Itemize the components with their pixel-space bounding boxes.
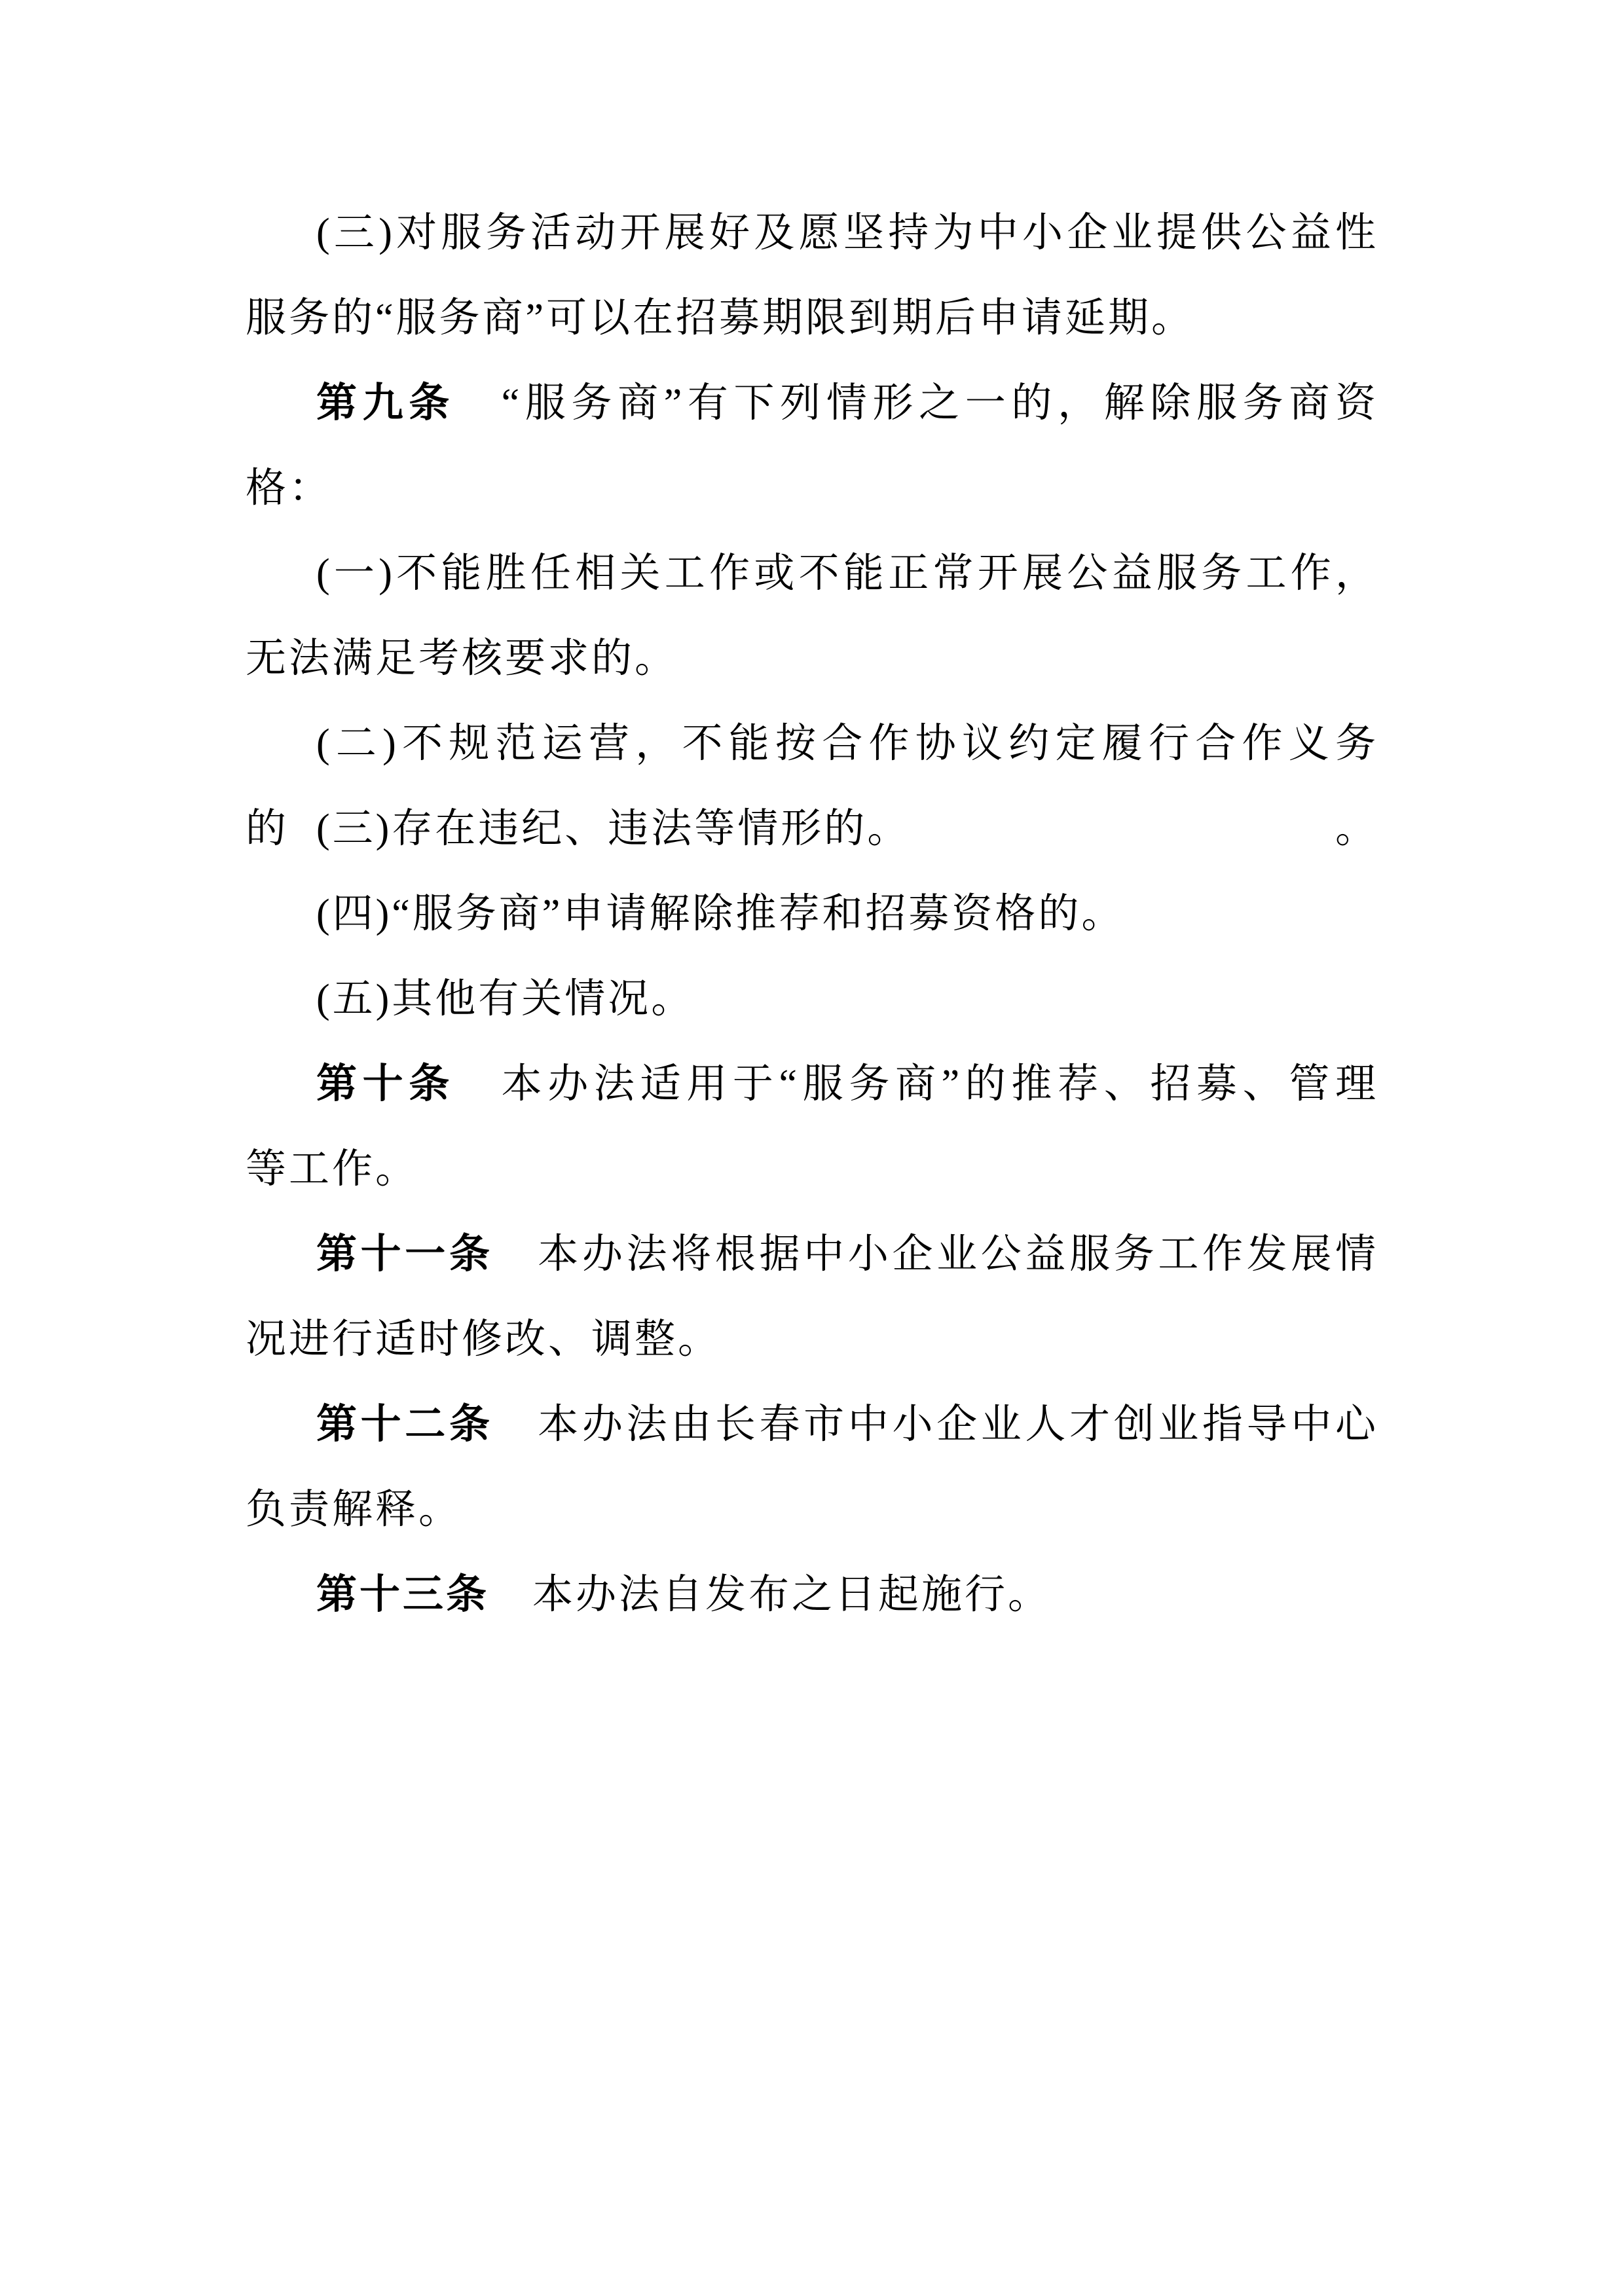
text-line: 第九条 “服务商”有下列情形之一的，解除服务商资 bbox=[246, 361, 1378, 446]
text-line: 况进行适时修改、调整。 bbox=[246, 1297, 1378, 1382]
article-number-label: 第十三条 bbox=[316, 1573, 489, 1617]
line-text: 本办法适用于“服务商”的推荐、招募、管理 bbox=[455, 1062, 1378, 1106]
line-text: 本办法将根据中小企业公益服务工作发展情 bbox=[494, 1232, 1378, 1277]
line-text: 等工作。 bbox=[246, 1147, 418, 1192]
line-text: 况进行适时修改、调整。 bbox=[246, 1317, 721, 1362]
text-line: (五)其他有关情况。 bbox=[246, 957, 1378, 1042]
text-line: 第十三条 本办法自发布之日起施行。 bbox=[246, 1552, 1378, 1637]
document-page: (三)对服务活动开展好及愿坚持为中小企业提供公益性服务的“服务商”可以在招募期限… bbox=[0, 0, 1624, 2296]
article-number-label: 第九条 bbox=[316, 381, 455, 426]
line-text: 本办法自发布之日起施行。 bbox=[489, 1573, 1051, 1617]
article-number-label: 第十二条 bbox=[316, 1402, 494, 1447]
line-text: “服务商”有下列情形之一的，解除服务商资 bbox=[455, 381, 1378, 426]
text-line: (三)对服务活动开展好及愿坚持为中小企业提供公益性 bbox=[246, 191, 1378, 276]
text-line: (二)不规范运营，不能按合作协议约定履行合作义务的。 bbox=[246, 701, 1378, 786]
text-line: 等工作。 bbox=[246, 1127, 1378, 1212]
line-text: (三)存在违纪、违法等情形的。 bbox=[316, 807, 910, 851]
line-text: (一)不能胜任相关工作或不能正常开展公益服务工作， bbox=[316, 551, 1378, 596]
line-text: 无法满足考核要求的。 bbox=[246, 636, 678, 681]
article-number-label: 第十一条 bbox=[316, 1232, 494, 1277]
text-line: 第十条 本办法适用于“服务商”的推荐、招募、管理 bbox=[246, 1042, 1378, 1127]
line-text: (五)其他有关情况。 bbox=[316, 977, 694, 1021]
text-line: 第十二条 本办法由长春市中小企业人才创业指导中心 bbox=[246, 1382, 1378, 1467]
text-line: (四)“服务商”申请解除推荐和招募资格的。 bbox=[246, 871, 1378, 957]
document-text-block: (三)对服务活动开展好及愿坚持为中小企业提供公益性服务的“服务商”可以在招募期限… bbox=[246, 191, 1378, 1637]
text-line: (一)不能胜任相关工作或不能正常开展公益服务工作， bbox=[246, 531, 1378, 616]
line-text: (四)“服务商”申请解除推荐和招募资格的。 bbox=[316, 892, 1124, 936]
text-line: 第十一条 本办法将根据中小企业公益服务工作发展情 bbox=[246, 1212, 1378, 1297]
line-text: 格： bbox=[246, 466, 332, 511]
article-number-label: 第十条 bbox=[316, 1062, 455, 1106]
line-text: 负责解释。 bbox=[246, 1487, 462, 1532]
line-text: (三)对服务活动开展好及愿坚持为中小企业提供公益性 bbox=[316, 211, 1378, 255]
text-line: 格： bbox=[246, 446, 1378, 531]
line-text: 服务的“服务商”可以在招募期限到期后申请延期。 bbox=[246, 296, 1194, 340]
line-text: 本办法由长春市中小企业人才创业指导中心 bbox=[494, 1402, 1378, 1447]
text-line: 负责解释。 bbox=[246, 1467, 1378, 1552]
text-line: 服务的“服务商”可以在招募期限到期后申请延期。 bbox=[246, 276, 1378, 361]
text-line: 无法满足考核要求的。 bbox=[246, 616, 1378, 701]
